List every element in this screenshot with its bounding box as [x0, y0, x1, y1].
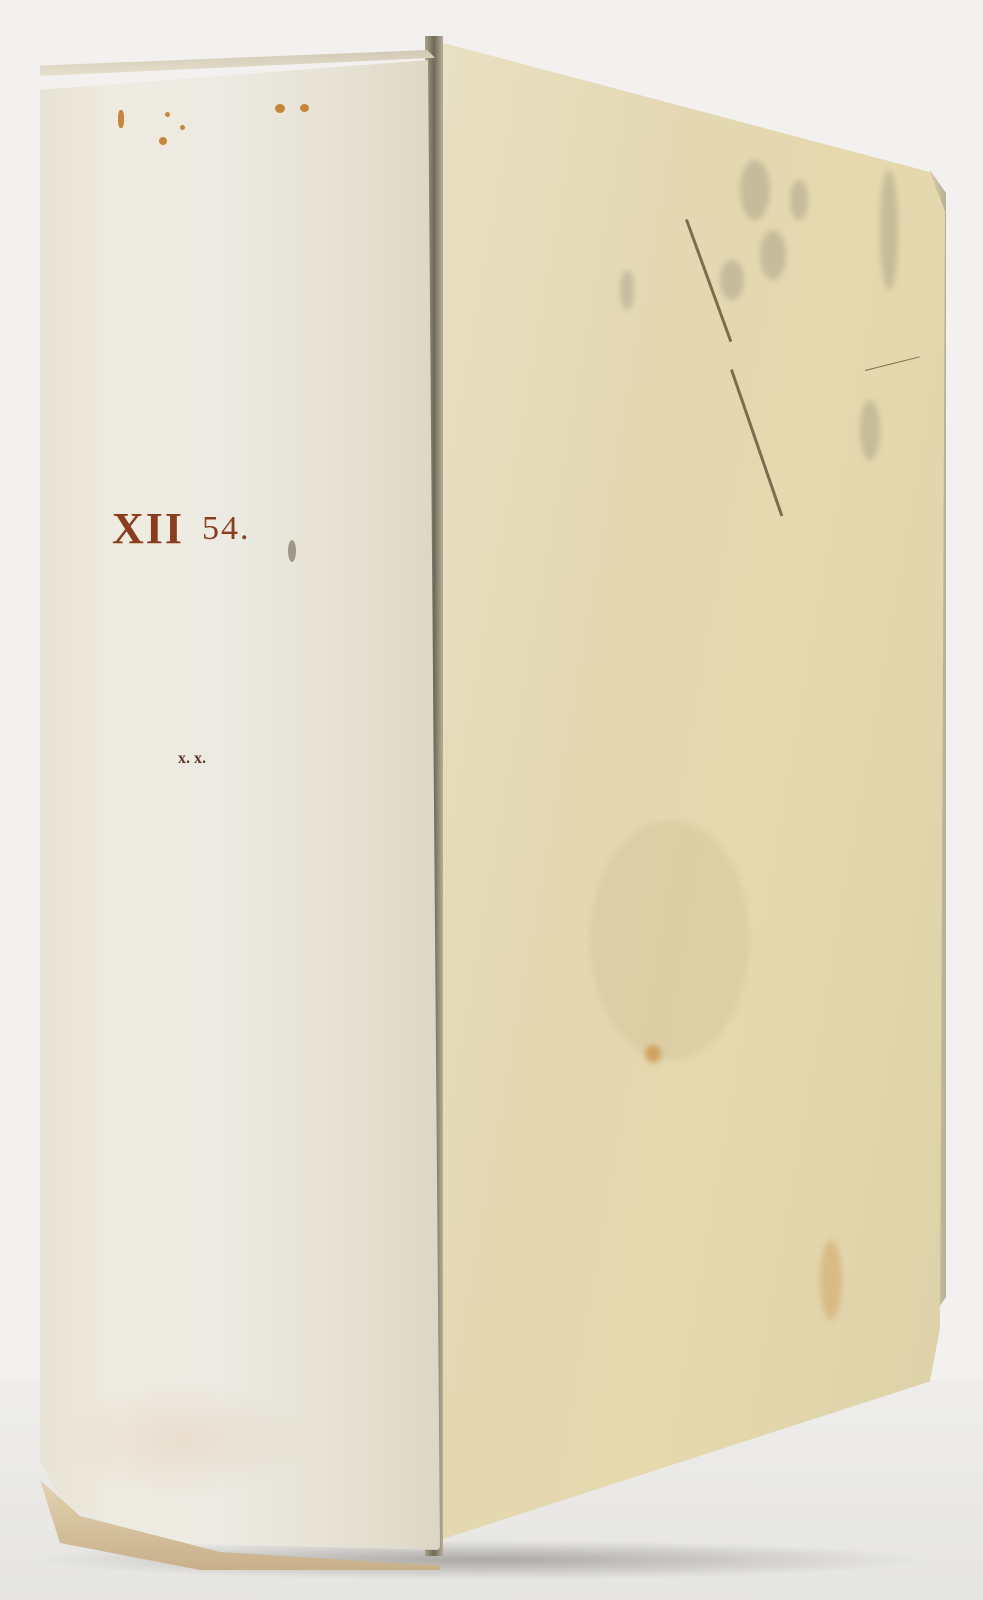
cover-stain [645, 1045, 661, 1063]
cover-stain [790, 180, 808, 220]
cover-stain [820, 1240, 842, 1320]
shelfmark-number: 54. [202, 510, 251, 547]
foxing-spot [165, 112, 170, 117]
cover-stain [720, 260, 744, 300]
foxing-spot [118, 110, 124, 128]
front-cover [440, 30, 945, 1540]
spine [40, 60, 440, 1550]
cover-stain [760, 230, 786, 280]
foxing-spot [180, 125, 185, 130]
foxing-spot [159, 137, 167, 145]
foxing-spot [275, 104, 285, 113]
cover-stain [620, 270, 634, 310]
spine-discoloration [60, 1380, 310, 1500]
shelfmark-roman: XII [112, 504, 184, 553]
cover-stain [880, 170, 898, 290]
cover-stain [860, 400, 880, 460]
foxing-spot [300, 104, 309, 112]
spine-small-mark: x. x. [178, 750, 206, 768]
cover-stain [740, 160, 770, 220]
cover-stain [590, 820, 750, 1060]
vellum-book: XII54. x. x. [0, 0, 983, 1600]
spine-shelfmark: XII54. [112, 503, 251, 554]
ink-spot [288, 540, 296, 562]
